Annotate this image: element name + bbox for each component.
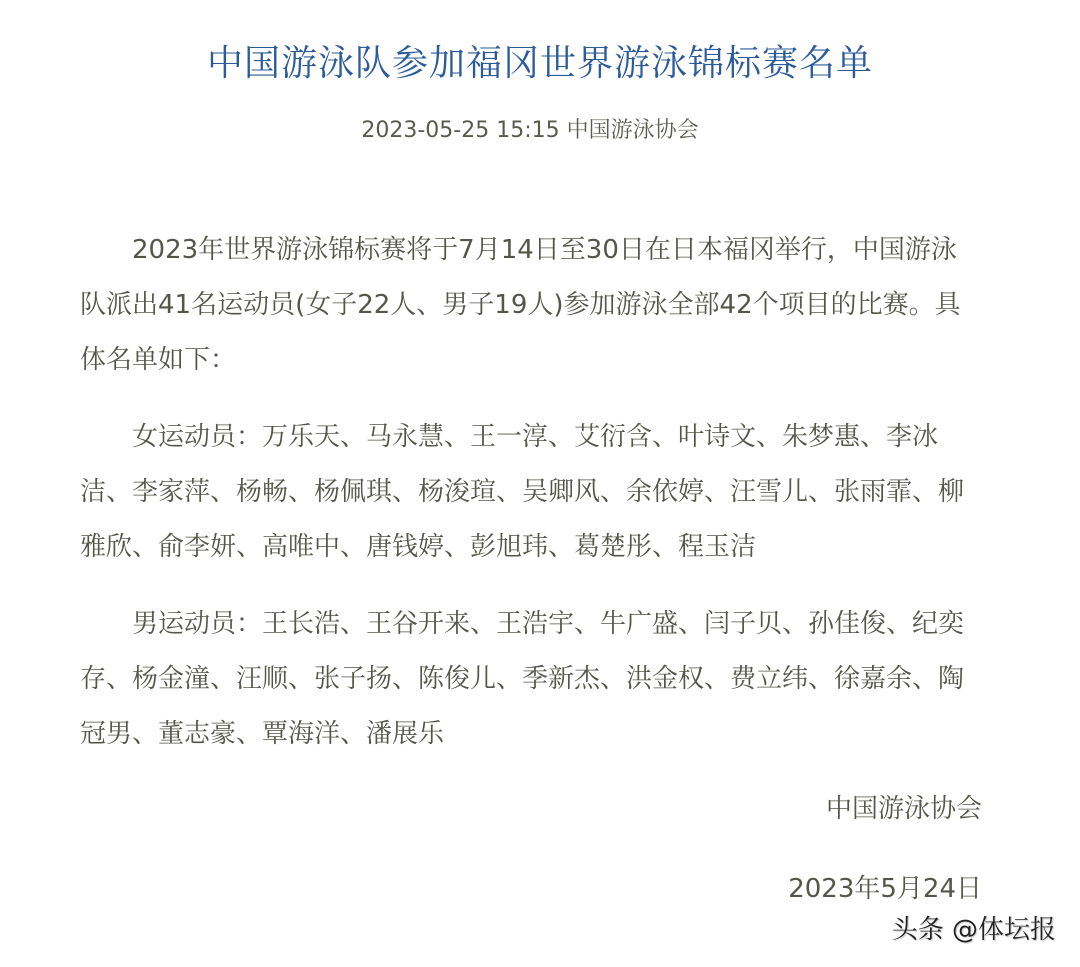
article-title: 中国游泳队参加福冈世界游泳锦标赛名单 xyxy=(0,38,1080,90)
article-meta: 2023-05-25 15:15 中国游泳协会 xyxy=(0,114,1060,148)
women-athletes-paragraph: 女运动员：万乐天、马永慧、王一淳、艾衍含、叶诗文、朱梦惠、李冰洁、李家萍、杨畅、… xyxy=(80,410,970,575)
signature-organization: 中国游泳协会 xyxy=(826,789,982,829)
watermark: 头条 @体坛报 xyxy=(892,912,1056,948)
men-athletes-paragraph: 男运动员：王长浩、王谷开来、王浩宇、牛广盛、闫子贝、孙佳俊、纪奕存、杨金潼、汪顺… xyxy=(80,597,970,762)
signature-date: 2023年5月24日 xyxy=(788,869,982,909)
intro-paragraph: 2023年世界游泳锦标赛将于7月14日至30日在日本福冈举行，中国游泳队派出41… xyxy=(80,223,970,388)
